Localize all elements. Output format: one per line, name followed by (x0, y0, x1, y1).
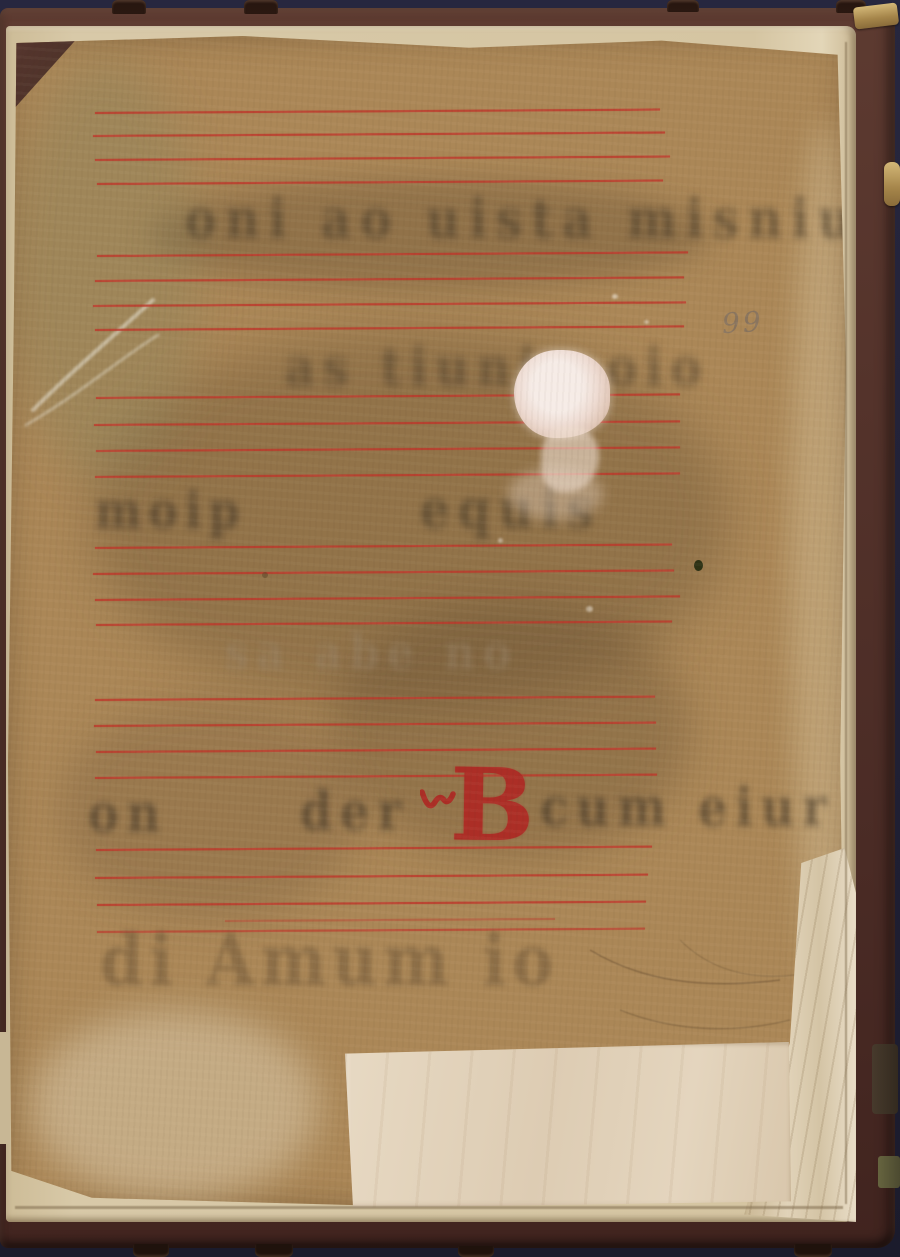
staff-ruling-line (96, 446, 680, 452)
under-page-sliver (0, 1032, 10, 1144)
page-edge-seam (15, 1206, 843, 1209)
clasp-metal-icon (872, 1044, 898, 1114)
staff-ruling-line (93, 132, 665, 137)
staff-ruling-line (97, 901, 646, 906)
staff-ruling-line (95, 472, 680, 478)
vein-lines (580, 920, 810, 1060)
stain (150, 178, 710, 290)
staff-ruling-line (93, 569, 674, 575)
staff-ruling-line (96, 393, 680, 399)
binding-boss-icon (244, 0, 278, 14)
staff-ruling-line (95, 543, 672, 549)
parchment-hole-drip (541, 426, 599, 492)
staff-ruling-line (96, 748, 656, 753)
staff-ruling-line (94, 420, 680, 426)
illuminated-initial: B (449, 745, 535, 864)
speck (694, 560, 703, 571)
speck (612, 294, 618, 299)
red-flourish-mark-icon (420, 784, 460, 814)
clasp-metal-icon (878, 1156, 900, 1188)
staff-ruling-line (93, 301, 686, 307)
staff-ruling-line (95, 696, 655, 701)
ghost-text-line: cum eiur (540, 776, 835, 838)
page-edge-seam (845, 42, 847, 1204)
ghost-text-line: as tiunio oio (285, 336, 709, 398)
staff-ruling-line (96, 620, 672, 626)
staff-ruling-line (95, 276, 684, 282)
ghost-text-line: di Amum io (100, 919, 559, 1003)
staff-ruling-line (97, 928, 645, 933)
parchment-surface: oni ao uista misniuas tiunio oiomoipequi… (8, 36, 846, 1206)
clasp-brass-icon (884, 162, 900, 206)
staff-ruling-line (97, 180, 663, 185)
speck (262, 572, 268, 578)
stain (90, 330, 730, 710)
scratch-marks (18, 225, 168, 435)
leather-turnin-corner (8, 36, 90, 120)
folio-number: 99 (721, 305, 764, 340)
staff-ruling-line (95, 774, 657, 779)
staff-ruling-line (225, 918, 555, 922)
speck (498, 538, 503, 543)
ghost-text-line: on (88, 782, 168, 844)
staff-ruling-line (95, 874, 648, 879)
binding-boss-icon (667, 0, 699, 12)
binding-boss-icon (112, 0, 146, 14)
parchment-page: oni ao uista misniuas tiunio oiomoipequi… (8, 36, 846, 1206)
staff-ruling-line (94, 722, 656, 727)
staff-ruling-line (95, 109, 660, 114)
binding-boss-icon (794, 1244, 832, 1257)
staff-ruling-line (95, 595, 680, 601)
ghost-text-line: moip (95, 482, 246, 541)
parchment-hole-spatter (508, 468, 603, 520)
staff-ruling-line (95, 155, 670, 161)
repair-patch (345, 1042, 791, 1208)
speck (586, 606, 593, 612)
stain (60, 700, 360, 920)
manuscript-photo: oni ao uista misniuas tiunio oiomoipequi… (0, 0, 900, 1257)
parchment-hole (514, 350, 610, 438)
ghost-text-line: der (300, 780, 410, 842)
staff-ruling-line (95, 325, 684, 331)
staff-ruling-line (96, 846, 652, 851)
binding-boss-icon (133, 1244, 169, 1257)
binding-boss-icon (255, 1244, 293, 1257)
binding-boss-icon (458, 1246, 494, 1257)
speck (644, 320, 649, 324)
stain (10, 60, 200, 480)
stain (330, 600, 690, 860)
stain (30, 1010, 320, 1200)
staff-ruling-line (97, 251, 688, 257)
ghost-text-line: oni ao uista misniu (185, 188, 846, 251)
ghost-text-line: equis (420, 478, 601, 541)
ghost-text-line: sa abe no (225, 624, 519, 680)
